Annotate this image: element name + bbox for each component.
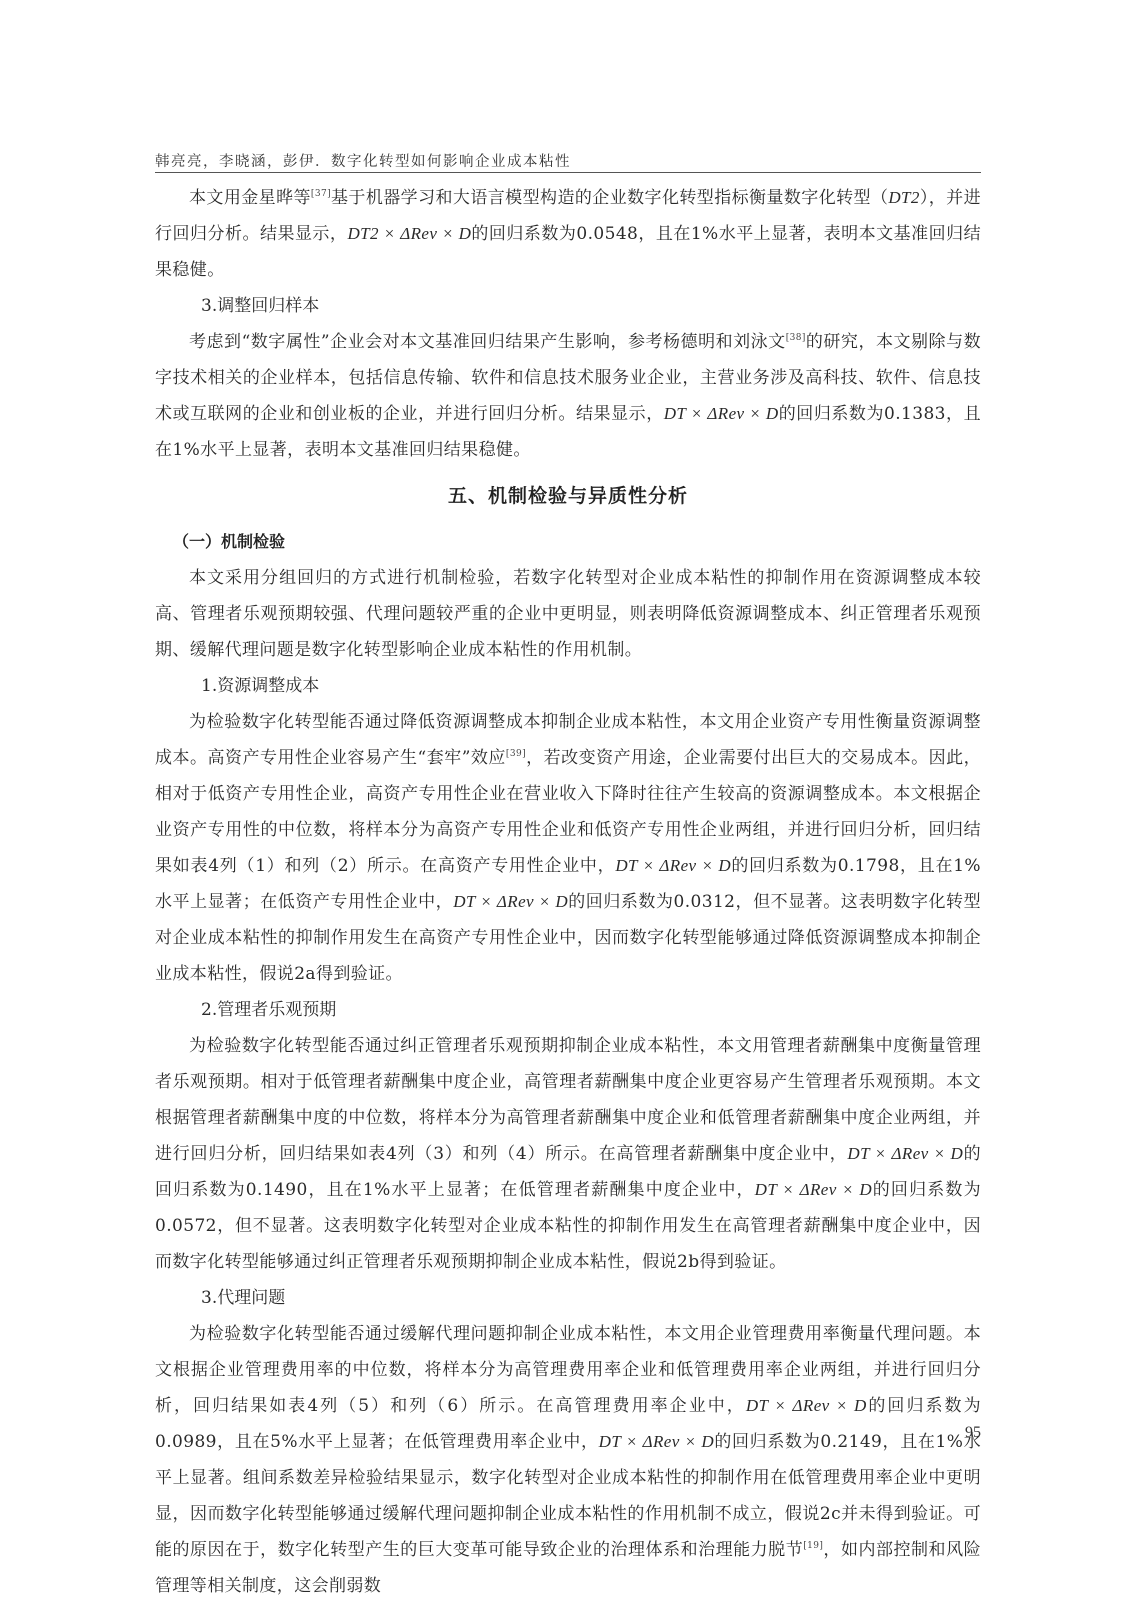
paragraph-manager-optimism: 为检验数字化转型能否通过纠正管理者乐观预期抑制企业成本粘性，本文用管理者薪酬集中… [155,1028,981,1280]
page-body: 本文用金星晔等[37]基于机器学习和大语言模型构造的企业数字化转型指标衡量数字化… [155,180,981,1600]
math-term: DT × ΔRev × D [453,892,568,911]
subheading-agency-problem: 3.代理问题 [155,1280,981,1316]
math-term: DT × ΔRev × D [615,856,731,875]
section-title: 五、机制检验与异质性分析 [155,478,981,514]
paragraph-robustness-dt2: 本文用金星晔等[37]基于机器学习和大语言模型构造的企业数字化转型指标衡量数字化… [155,180,981,288]
math-term: DT × ΔRev × D [847,1144,963,1163]
paragraph-resource-adjustment: 为检验数字化转型能否通过降低资源调整成本抑制企业成本粘性，本文用企业资产专用性衡… [155,704,981,992]
citation[interactable]: [38] [786,333,806,343]
citation[interactable]: [39] [506,749,526,759]
header-rule [155,172,981,173]
page-number: 95 [965,1424,981,1442]
citation[interactable]: [19] [803,1541,823,1551]
paragraph-agency-problem: 为检验数字化转型能否通过缓解代理问题抑制企业成本粘性，本文用企业管理费用率衡量代… [155,1316,981,1600]
running-head: 韩亮亮，李晓涵，彭伊．数字化转型如何影响企业成本粘性 [155,150,981,171]
math-term: DT2 × ΔRev × D [347,224,471,243]
subsection-title: （一）机制检验 [155,524,981,560]
subheading-manager-optimism: 2.管理者乐观预期 [155,992,981,1028]
math-term: DT × ΔRev × D [599,1432,714,1451]
paragraph-adjust-sample: 考虑到“数字属性”企业会对本文基准回归结果产生影响，参考杨德明和刘泳文[38]的… [155,324,981,468]
math-term: DT × ΔRev × D [755,1180,872,1199]
math-term: DT × ΔRev × D [664,404,779,423]
citation[interactable]: [37] [311,189,331,199]
subheading-adjust-sample: 3.调整回归样本 [155,288,981,324]
variable: DT2 [888,188,919,207]
math-term: DT × ΔRev × D [746,1396,867,1415]
paragraph-mechanism-intro: 本文采用分组回归的方式进行机制检验，若数字化转型对企业成本粘性的抑制作用在资源调… [155,560,981,668]
subheading-resource-adjustment: 1.资源调整成本 [155,668,981,704]
